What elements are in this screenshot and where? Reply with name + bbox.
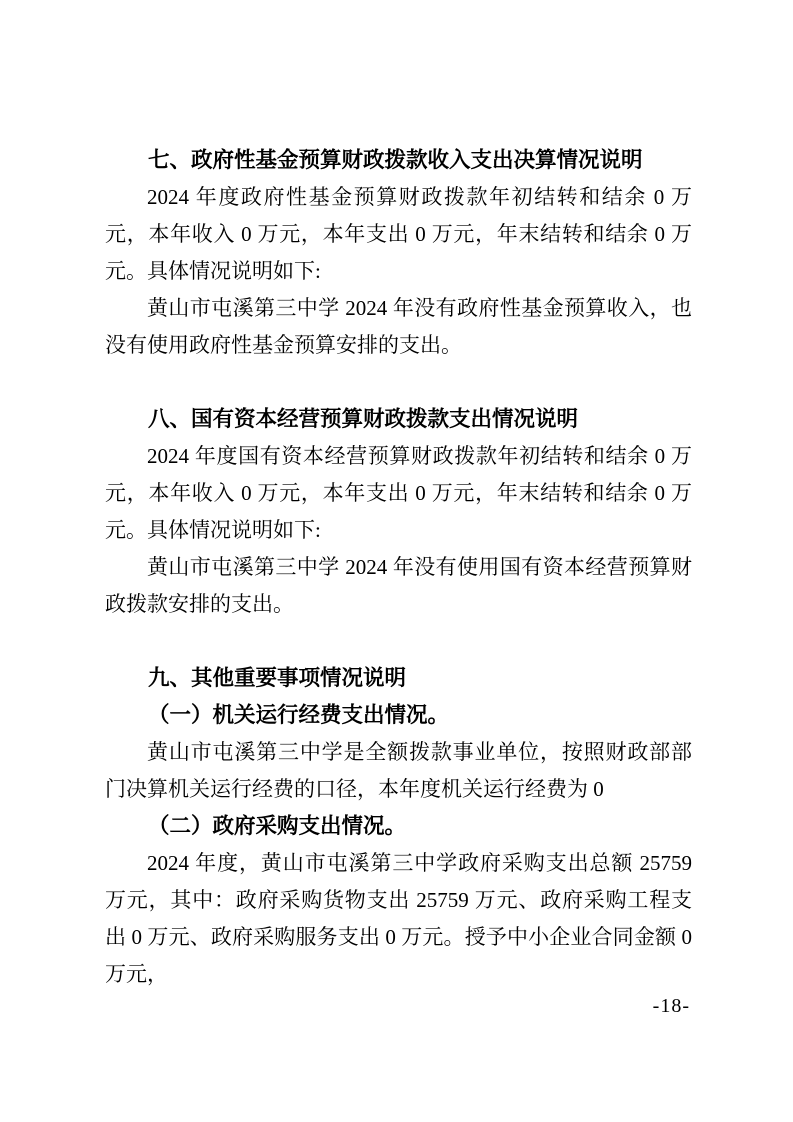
- paragraph: 2024 年度，黄山市屯溪第三中学政府采购支出总额 25759 万元，其中：政府…: [105, 845, 692, 993]
- paragraph: 2024 年度政府性基金预算财政拨款年初结转和结余 0 万元，本年收入 0 万元…: [105, 179, 692, 290]
- section-state-capital-budget: 八、国有资本经营预算财政拨款支出情况说明 2024 年度国有资本经营预算财政拨款…: [105, 401, 692, 623]
- subsection-heading-operating-expenses: （一）机关运行经费支出情况。: [105, 697, 692, 734]
- section-heading: 九、其他重要事项情况说明: [105, 660, 692, 697]
- section-heading: 八、国有资本经营预算财政拨款支出情况说明: [105, 401, 692, 438]
- page-number: -18-: [653, 994, 690, 1018]
- section-other-important-items: 九、其他重要事项情况说明 （一）机关运行经费支出情况。 黄山市屯溪第三中学是全额…: [105, 660, 692, 993]
- section-heading: 七、政府性基金预算财政拨款收入支出决算情况说明: [105, 142, 692, 179]
- paragraph: 黄山市屯溪第三中学 2024 年没有使用国有资本经营预算财政拨款安排的支出。: [105, 549, 692, 623]
- section-gov-fund-budget: 七、政府性基金预算财政拨款收入支出决算情况说明 2024 年度政府性基金预算财政…: [105, 142, 692, 364]
- document-page: 七、政府性基金预算财政拨款收入支出决算情况说明 2024 年度政府性基金预算财政…: [0, 0, 793, 1122]
- document-content: 七、政府性基金预算财政拨款收入支出决算情况说明 2024 年度政府性基金预算财政…: [105, 142, 692, 993]
- paragraph: 2024 年度国有资本经营预算财政拨款年初结转和结余 0 万元，本年收入 0 万…: [105, 438, 692, 549]
- paragraph: 黄山市屯溪第三中学 2024 年没有政府性基金预算收入，也没有使用政府性基金预算…: [105, 290, 692, 364]
- subsection-heading-gov-procurement: （二）政府采购支出情况。: [105, 808, 692, 845]
- paragraph: 黄山市屯溪第三中学是全额拨款事业单位，按照财政部部门决算机关运行经费的口径，本年…: [105, 734, 692, 808]
